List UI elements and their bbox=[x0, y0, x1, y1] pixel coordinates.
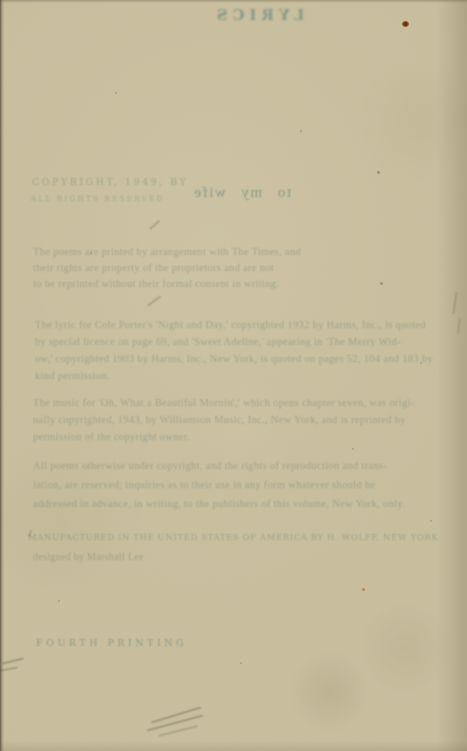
ghost-paragraph3-line: permission of the copyright owner. bbox=[33, 432, 190, 443]
foxing-speck bbox=[362, 588, 365, 591]
ghost-paragraph4-line: All poems otherwise under copyright, and… bbox=[33, 461, 387, 472]
pencil-scribble bbox=[158, 725, 197, 737]
dust-speck bbox=[115, 92, 117, 94]
edge-smudge bbox=[2, 657, 24, 664]
dust-speck bbox=[430, 520, 432, 522]
page-edge-shadow-right bbox=[437, 0, 467, 751]
page-edge-shadow-top bbox=[0, 0, 467, 3]
hairline-scratch bbox=[149, 220, 160, 230]
ghost-colophon-line2: designed by Marshall Lee bbox=[33, 552, 144, 563]
ghost-paragraph3-line: nally copyrighted, 1943, by Williamson M… bbox=[33, 415, 406, 426]
hairline-scratch bbox=[147, 295, 161, 306]
ghost-title-mirrored: LYRICS bbox=[210, 6, 306, 24]
ghost-paragraph2-line: ow,' copyrighted 1903 by Harms, Inc., Ne… bbox=[35, 354, 433, 365]
page-edge-shadow-bottom bbox=[0, 741, 467, 751]
scanned-book-page: LYRICS COPYRIGHT, 1949, BY ALL RIGHTS RE… bbox=[0, 0, 467, 751]
foxing-speck bbox=[380, 282, 383, 285]
dust-speck bbox=[300, 130, 302, 132]
foxing-speck bbox=[377, 171, 380, 174]
ghost-paragraph4-line: lation, are reserved; inquiries as to th… bbox=[33, 480, 375, 491]
dust-speck bbox=[240, 662, 242, 664]
gutter-shadow-left bbox=[0, 0, 4, 751]
pencil-scribble bbox=[147, 715, 204, 732]
dust-speck bbox=[58, 600, 60, 602]
ghost-copyright-line2: ALL RIGHTS RESERVED bbox=[31, 194, 164, 203]
ghost-paragraph2-line: by special licence on page 69, and 'Swee… bbox=[35, 337, 401, 348]
ghost-copyright-line1: COPYRIGHT, 1949, BY bbox=[32, 177, 188, 188]
pencil-scribble bbox=[151, 706, 201, 723]
ghost-printing-notice: FOURTH PRINTING bbox=[36, 638, 187, 649]
ghost-paragraph4-line: addressed in advance, in writing, to the… bbox=[33, 499, 405, 510]
ghost-paragraph2-line: The lyric for Cole Porter's 'Night and D… bbox=[35, 320, 426, 331]
ghost-paragraph2-line: kind permission. bbox=[35, 371, 110, 382]
dust-speck bbox=[352, 448, 354, 450]
ghost-paragraph1-line: their rights are property of the proprie… bbox=[33, 263, 274, 274]
foxing-spot bbox=[402, 21, 409, 27]
ghost-paragraph1-line: to be reprinted without their formal con… bbox=[33, 279, 279, 290]
ghost-paragraph3-line: The music for 'Oh, What a Beautiful Morn… bbox=[33, 398, 414, 409]
ghost-dedication-mirrored: to my wife bbox=[193, 185, 291, 202]
ghost-paragraph1-line: The poems are printed by arrangement wit… bbox=[33, 247, 301, 258]
ghost-colophon-line1: MANUFACTURED IN THE UNITED STATES OF AME… bbox=[28, 533, 438, 543]
